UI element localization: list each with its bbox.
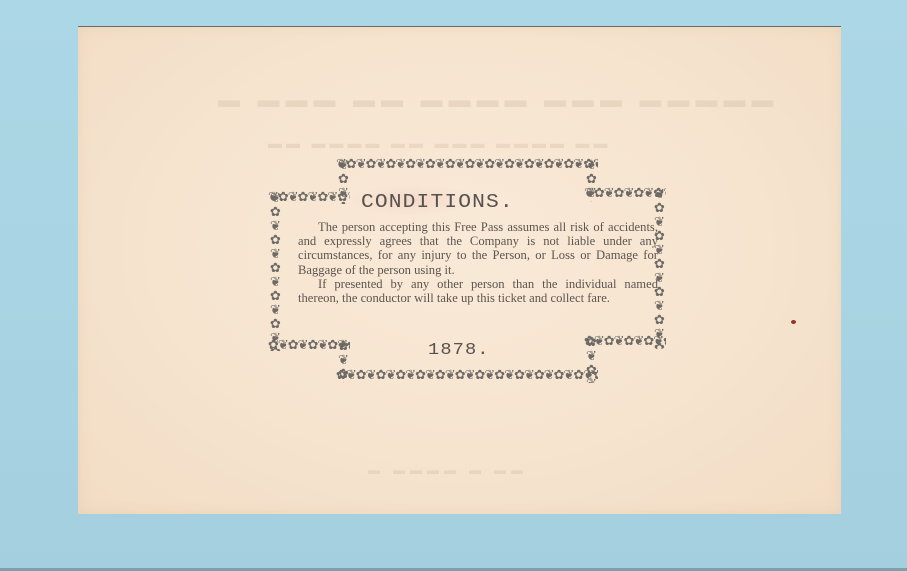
ink-spot [791,320,796,324]
show-through-text-middle: ▬▬ ▬▬▬▬ ▬▬ ▬▬▬ ▬▬▬▬ ▬▬ [268,137,612,153]
show-through-text-top: ▬ ▬▬▬ ▬▬ ▬▬▬▬ ▬▬▬ ▬▬▬▬▬ [218,87,780,113]
fleuron-border-lower-left-riser: ✿❦✿❦✿❦ [336,339,350,383]
free-pass-card: ▬ ▬▬▬ ▬▬ ▬▬▬▬ ▬▬▬ ▬▬▬▬▬ ▬▬ ▬▬▬▬ ▬▬ ▬▬▬ ▬… [78,26,841,514]
conditions-paragraph-transfer: If presented by any other person than th… [298,277,658,305]
fleuron-border-bottom-left: ✿❦✿❦✿❦✿❦✿❦✿❦✿ [268,339,350,353]
fleuron-border-upper-right-riser: ❦✿❦✿❦✿ [584,158,598,202]
fleuron-border-bottom-right: ✿❦✿❦✿❦✿❦✿❦✿❦✿ [584,335,666,349]
fleuron-border-left: ❦✿❦✿❦✿❦✿❦✿❦✿❦✿❦✿❦✿❦✿❦✿❦✿ [268,191,282,351]
fleuron-border-top-right: ❦✿❦✿❦✿❦✿❦✿❦✿❦✿ [584,187,666,201]
conditions-heading: CONDITIONS. [361,191,514,213]
show-through-text-bottom: ▬ ▬▬▬▬ ▬ ▬▬ [368,463,528,478]
fleuron-border-top: ❦✿❦✿❦✿❦✿❦✿❦✿❦✿❦✿❦✿❦✿❦✿❦✿❦✿❦✿❦✿ [336,158,598,172]
fleuron-border-bottom: ✿❦✿❦✿❦✿❦✿❦✿❦✿❦✿❦✿❦✿❦✿❦✿❦✿❦✿❦ [336,369,598,383]
fleuron-border-lower-right-riser: ✿❦✿❦✿❦ [584,335,598,383]
conditions-paragraph-liability: The person accepting this Free Pass assu… [298,220,658,277]
fleuron-border-top-left: ❦✿❦✿❦✿❦✿❦✿❦✿❦✿ [268,191,350,205]
conditions-text: The person accepting this Free Pass assu… [298,220,658,305]
year-label: 1878. [428,341,490,360]
